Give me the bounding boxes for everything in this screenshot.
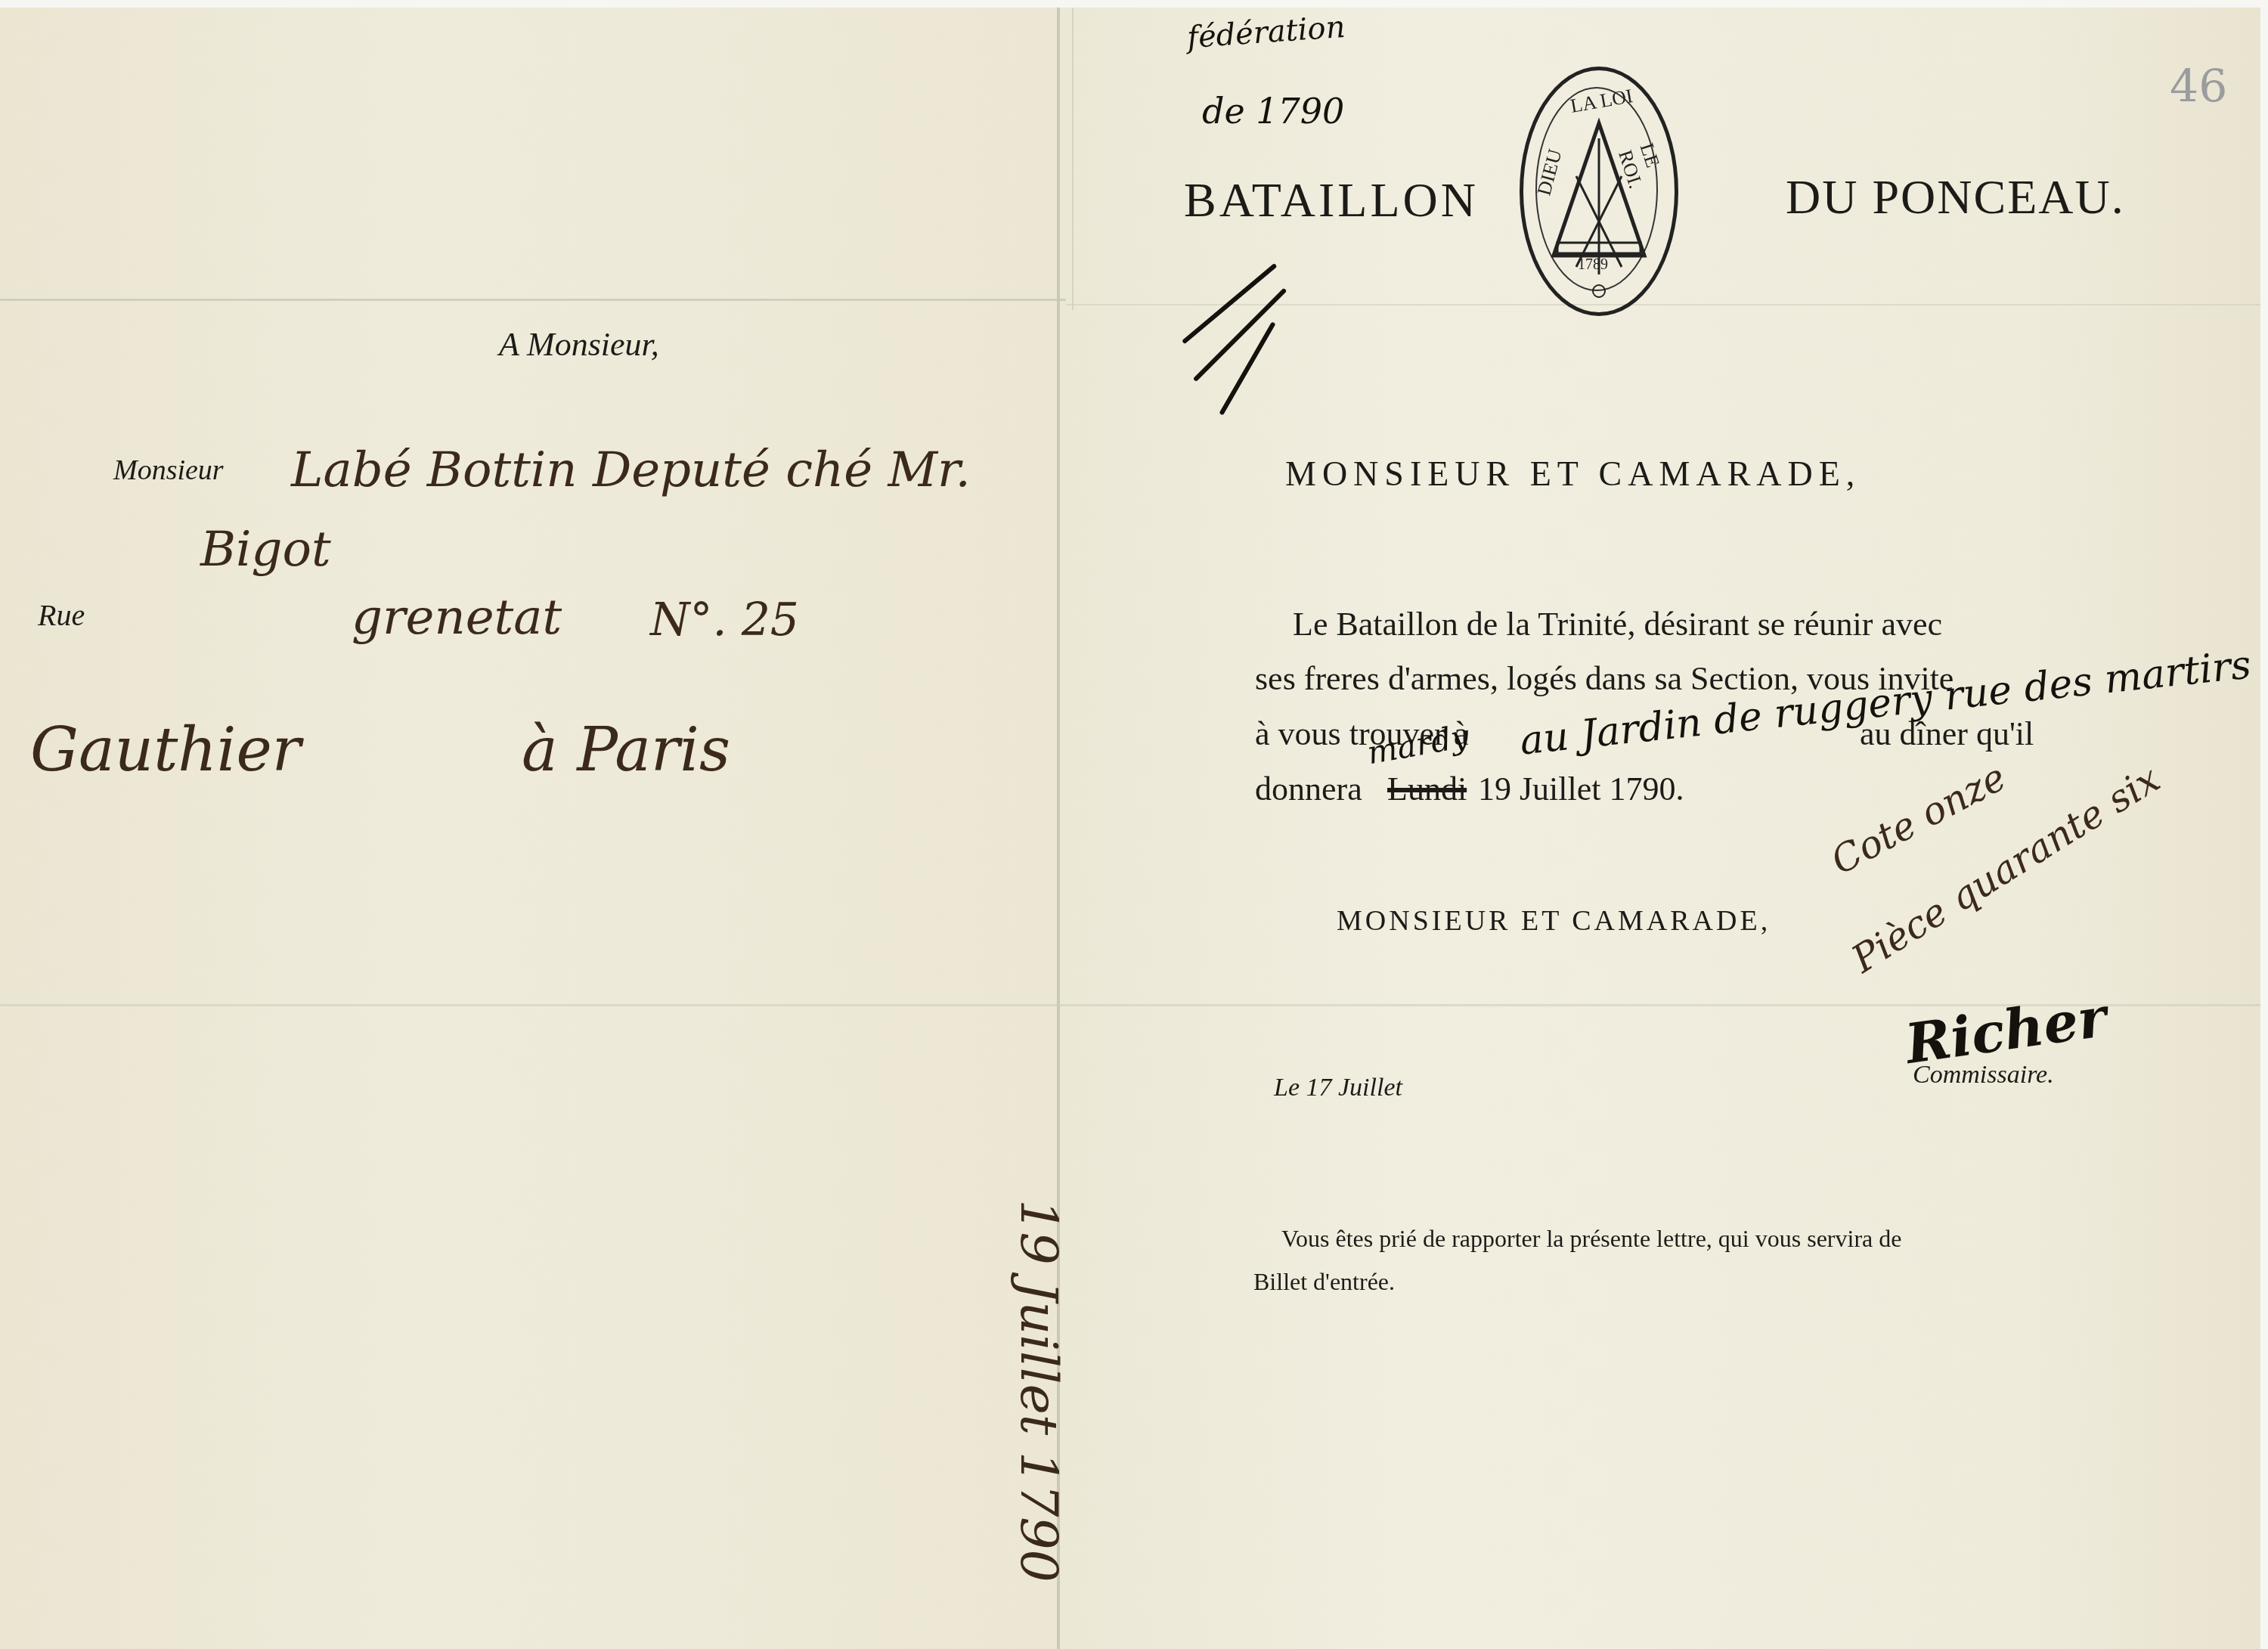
annotation-year: de 1790 [1202, 91, 1344, 132]
closing: MONSIEUR ET CAMARADE, [1337, 904, 1771, 938]
street-name: grenetat [352, 590, 562, 646]
address-panel [0, 8, 1058, 1649]
label-monsieur: Monsieur [113, 454, 224, 487]
footer-line-1: Vous êtes prié de rapporter la présente … [1281, 1225, 1901, 1253]
recipient-name: Labé Bottin Deputé ché Mr. [291, 442, 971, 498]
address-heading: A Monsieur, [499, 325, 659, 364]
signature-title: Commissaire. [1913, 1061, 2054, 1090]
city-name: à Paris [522, 714, 730, 785]
body-line-1: Le Bataillon de la Trinité, désirant se … [1293, 605, 1942, 643]
body-line-5: donnera [1255, 770, 1362, 808]
title-right: DU PONCEAU. [1786, 169, 2125, 225]
fold-line-horizontal [0, 299, 1066, 301]
pencil-mark: 46 [2170, 60, 2227, 113]
title-left: BATAILLON [1184, 172, 1479, 228]
date-line: Le 17 Juillet [1274, 1074, 1402, 1102]
street-number: N°. 25 [650, 594, 799, 646]
seal-year: 1789 [1578, 256, 1608, 274]
body-line-4: au dîner qu'il [1860, 714, 2034, 753]
fold-line-vertical-secondary [1072, 8, 1074, 310]
vertical-date-note: 19 Juillet 1790 [1009, 1199, 1068, 1582]
recipient-name-line2: Bigot [200, 522, 331, 578]
struck-day: Lundi [1387, 770, 1467, 808]
footer-line-2: Billet d'entrée. [1253, 1268, 1395, 1296]
salutation: MONSIEUR ET CAMARADE, [1285, 454, 1861, 494]
label-rue: Rue [38, 597, 85, 633]
fold-line-horizontal [0, 1004, 2260, 1006]
body-line-6: 19 Juillet 1790. [1478, 770, 1684, 808]
seal-emblem: DIEU LA LOI LE ROI. 1789 [1520, 67, 1678, 316]
district-name: Gauthier [30, 714, 301, 785]
